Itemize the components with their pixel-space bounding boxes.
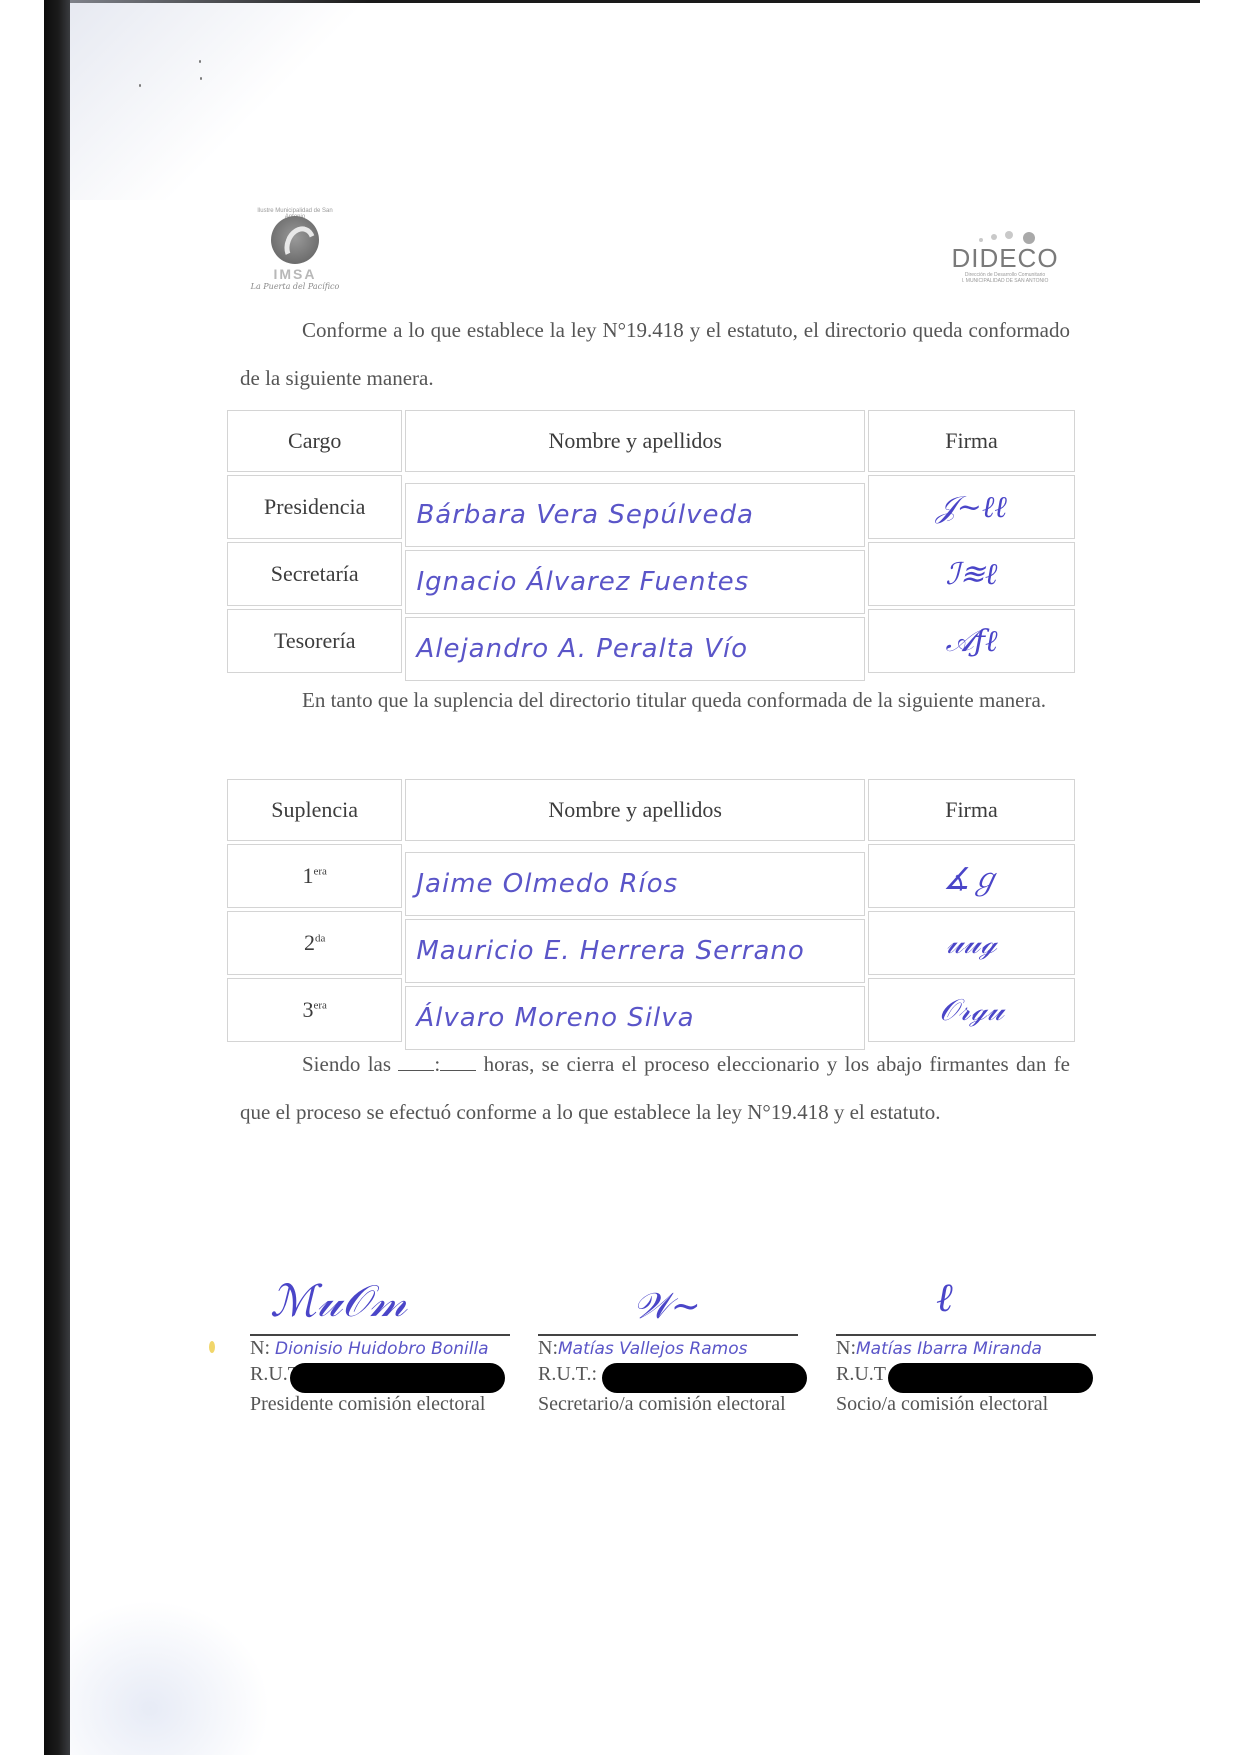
dideco-dots-icon — [945, 228, 1065, 244]
scan-speck — [199, 60, 201, 63]
rut-redaction — [888, 1363, 1093, 1393]
suplencia-order: 3era — [227, 978, 402, 1042]
signature-scribble-icon: 𝒲~ — [538, 1256, 798, 1334]
scan-shading — [70, 0, 370, 200]
signature-scribble-icon: ℐ≋ℓ — [946, 557, 998, 592]
table-row: 1era Jaime Olmedo Ríos ∡ℊ — [227, 844, 1075, 908]
header-cargo: Cargo — [227, 410, 402, 472]
table-header-row: Cargo Nombre y apellidos Firma — [227, 410, 1075, 472]
handwritten-name: Ignacio Álvarez Fuentes — [405, 550, 865, 614]
handwritten-name: Mauricio E. Herrera Serrano — [405, 919, 865, 983]
imsa-emblem-icon — [271, 216, 319, 264]
directorio-table: Cargo Nombre y apellidos Firma Presidenc… — [224, 407, 1078, 676]
signature-cell: ∡ℊ — [868, 844, 1075, 908]
signature-scribble-icon: ℓ — [836, 1256, 1096, 1334]
scan-speck — [139, 84, 141, 87]
dideco-logo: DIDECO Dirección de Desarrollo Comunitar… — [945, 228, 1065, 298]
name-line: N:Matías Ibarra Miranda — [836, 1336, 1096, 1361]
table-row: Presidencia Bárbara Vera Sepúlveda 𝒥~ℓℓ — [227, 475, 1075, 539]
intro-paragraph: Conforme a lo que establece la ley N°19.… — [240, 306, 1070, 402]
hour-blank — [398, 1052, 434, 1071]
signature-scribble-icon: 𝒪𝓇ℊ𝓊 — [939, 993, 1004, 1028]
closing-prefix: Siendo las — [302, 1052, 391, 1076]
imsa-logo: Ilustre Municipalidad de San Antonio IMS… — [240, 208, 350, 308]
name-line: N:Matías Vallejos Ramos — [538, 1336, 798, 1361]
imsa-name: IMSA — [240, 266, 350, 282]
scan-speck — [200, 77, 202, 80]
signature-scribble-icon: ∡ℊ — [943, 862, 1000, 897]
header-nombre: Nombre y apellidos — [405, 779, 865, 841]
dideco-name: DIDECO — [945, 244, 1065, 272]
signature-cell: 𝒥~ℓℓ — [868, 475, 1075, 539]
suplencia-paragraph: En tanto que la suplencia del directorio… — [240, 676, 1070, 724]
signature-cell: ℐ≋ℓ — [868, 542, 1075, 606]
imsa-tagline: La Puerta del Pacífico — [240, 282, 350, 291]
suplencia-text: En tanto que la suplencia del directorio… — [302, 688, 1046, 712]
rut-line: R.U.T — [836, 1361, 1096, 1387]
signature-cell: 𝓊𝓊ℊ — [868, 911, 1075, 975]
table-header-row: Suplencia Nombre y apellidos Firma — [227, 779, 1075, 841]
scan-margin — [0, 0, 45, 1755]
suplencia-table: Suplencia Nombre y apellidos Firma 1era … — [224, 776, 1078, 1045]
scan-binding-shadow — [44, 0, 70, 1755]
signatory-president: ℳ𝓊𝒪𝓂 N: Dionisio Huidobro Bonilla R.U.T … — [250, 1256, 510, 1417]
suplencia-order: 2da — [227, 911, 402, 975]
cargo-cell: Tesorería — [227, 609, 402, 673]
header-nombre: Nombre y apellidos — [405, 410, 865, 472]
header-firma: Firma — [868, 779, 1075, 841]
rut-redaction — [602, 1363, 807, 1393]
signature-scribble-icon: ℳ𝓊𝒪𝓂 — [250, 1256, 510, 1334]
role-label: Secretario/a comisión electoral — [538, 1391, 798, 1417]
signatory-secretary: 𝒲~ N:Matías Vallejos Ramos R.U.T.: Secre… — [538, 1256, 798, 1417]
intro-text: Conforme a lo que establece la ley N°19.… — [240, 318, 1070, 390]
table-row: 3era Álvaro Moreno Silva 𝒪𝓇ℊ𝓊 — [227, 978, 1075, 1042]
table-row: Secretaría Ignacio Álvarez Fuentes ℐ≋ℓ — [227, 542, 1075, 606]
signature-scribble-icon: 𝒜ƒℓ — [946, 624, 998, 659]
header-firma: Firma — [868, 410, 1075, 472]
rut-redaction — [290, 1363, 505, 1393]
minute-blank — [440, 1052, 476, 1071]
role-label: Socio/a comisión electoral — [836, 1391, 1096, 1417]
header-suplencia: Suplencia — [227, 779, 402, 841]
table-row: Tesorería Alejandro A. Peralta Vío 𝒜ƒℓ — [227, 609, 1075, 673]
scan-stain — [209, 1341, 215, 1353]
scan-shading-bottom — [70, 1600, 270, 1755]
role-label: Presidente comisión electoral — [250, 1391, 510, 1417]
signature-scribble-icon: 𝓊𝓊ℊ — [946, 926, 996, 961]
dideco-subtitle-2: I. MUNICIPALIDAD DE SAN ANTONIO — [945, 278, 1065, 284]
signature-cell: 𝒪𝓇ℊ𝓊 — [868, 978, 1075, 1042]
signature-cell: 𝒜ƒℓ — [868, 609, 1075, 673]
handwritten-name: Alejandro A. Peralta Vío — [405, 617, 865, 681]
rut-line: R.U.T.: — [538, 1361, 798, 1387]
suplencia-order: 1era — [227, 844, 402, 908]
cargo-cell: Secretaría — [227, 542, 402, 606]
signatory-member: ℓ N:Matías Ibarra Miranda R.U.T Socio/a … — [836, 1256, 1096, 1417]
closing-paragraph: Siendo las : horas, se cierra el proceso… — [240, 1040, 1070, 1136]
rut-line: R.U.T — [250, 1361, 510, 1387]
cargo-cell: Presidencia — [227, 475, 402, 539]
signature-scribble-icon: 𝒥~ℓℓ — [936, 490, 1007, 525]
name-line: N: Dionisio Huidobro Bonilla — [250, 1336, 510, 1361]
handwritten-name: Bárbara Vera Sepúlveda — [405, 483, 865, 547]
table-row: 2da Mauricio E. Herrera Serrano 𝓊𝓊ℊ — [227, 911, 1075, 975]
handwritten-name: Jaime Olmedo Ríos — [405, 852, 865, 916]
